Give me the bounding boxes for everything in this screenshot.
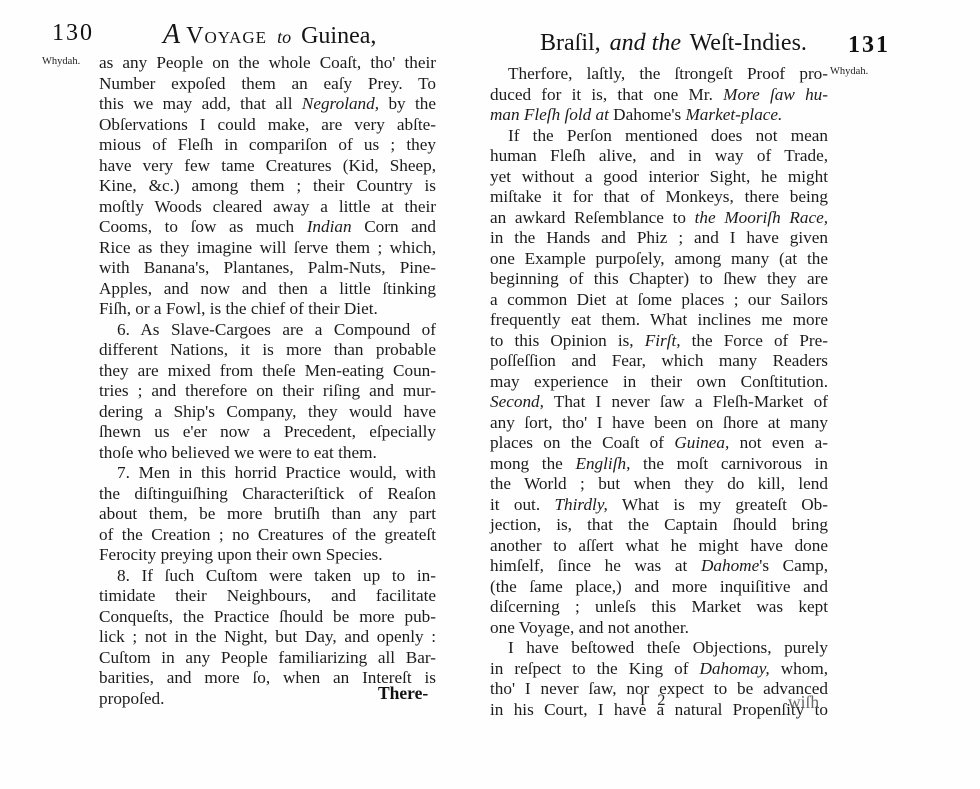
text-line: himſelf, ſince he was at Dahome's Camp, (490, 556, 828, 576)
text-line: different Nations, it is more than proba… (99, 340, 436, 360)
text-line: dering a Ship's Company, they would have (99, 402, 436, 422)
text-line: 6. As Slave-Cargoes are a Compound of (99, 320, 436, 340)
text-line: Therfore, laſtly, the ſtrongeſt Proof pr… (490, 64, 828, 84)
text-line: Kine, &c.) among them ; their Country is (99, 176, 436, 196)
catchword-right: wiſh (788, 692, 819, 713)
text-line: lick ; not in the Night, but Day, and op… (99, 627, 436, 647)
text-line: If the Perſon mentioned does not mean (490, 126, 828, 146)
margin-note-left: Whydah. (42, 56, 80, 67)
text-line: Cuſtom in any People familiarizing all B… (99, 648, 436, 668)
text-line: a common Diet at ſome places ; our Sailo… (490, 290, 828, 310)
text-line: beginning of this Chapter) to ſhew they … (490, 269, 828, 289)
text-line: poſſeſſion and Fear, which many Readers (490, 351, 828, 371)
text-line: Rice as they imagine will ſerve them ; w… (99, 238, 436, 258)
text-line: human Fleſh alive, and in way of Trade, (490, 146, 828, 166)
text-line: diſcerning ; unleſs this Market was kept (490, 597, 828, 617)
text-line: duced for it is, that one Mr. More ſaw h… (490, 85, 828, 105)
text-line: thoſe who believed we were to eat them. (99, 443, 436, 463)
text-line: mong the Engliſh, the moſt carnivorous i… (490, 454, 828, 474)
page-number-left: 130 (52, 20, 94, 47)
running-head-brasil: Braſil, (540, 30, 601, 56)
text-line: an awkard Reſemblance to the Mooriſh Rac… (490, 208, 828, 228)
running-head-west-indies: Weſt-Indies. (690, 30, 807, 56)
text-line: in reſpect to the King of Dahomay, whom, (490, 659, 828, 679)
text-line: to this Opinion is, Firſt, the Force of … (490, 331, 828, 351)
text-line: in the Hands and Phiz ; and I have given (490, 228, 828, 248)
text-line: have very few tame Creatures (Kid, Sheep… (99, 156, 436, 176)
text-line: I have beſtowed theſe Objections, purely (490, 638, 828, 658)
page-number-right: 131 (848, 32, 890, 59)
running-head-right: Braſil, and the Weſt-Indies. (540, 30, 807, 57)
text-line: may experience in their own Conſtitution… (490, 372, 828, 392)
text-line: they are mixed from theſe Men-eating Cou… (99, 361, 436, 381)
text-line: places on the Coaſt of Guinea, not even … (490, 433, 828, 453)
text-line: Fiſh, or a Fowl, is the chief of their D… (99, 299, 436, 319)
running-head-voyage: Voyage (186, 23, 267, 49)
running-head-guinea: Guinea, (301, 23, 376, 49)
catchword-left: There- (378, 683, 428, 704)
text-line: jection, is, that the Captain ſhould bri… (490, 515, 828, 535)
text-line: frequently eat them. What inclines me mo… (490, 310, 828, 330)
text-line: of the Creation ; no Creatures of the gr… (99, 525, 436, 545)
right-page: Braſil, and the Weſt-Indies. 131 Whydah.… (470, 0, 980, 789)
text-line: any ſort, tho' I have been on ſhore at m… (490, 413, 828, 433)
text-line: (the ſame place,) and more inquiſitive a… (490, 577, 828, 597)
text-line: one Example purpoſely, among many (at th… (490, 249, 828, 269)
text-line: 8. If ſuch Cuſtom were taken up to in- (99, 566, 436, 586)
text-line: one Voyage, and not another. (490, 618, 828, 638)
text-line: ſhewn us e'er now a Precedent, eſpeciall… (99, 422, 436, 442)
text-line: the diſtinguiſhing Characteriſtick of Re… (99, 484, 436, 504)
text-line: moſtly Woods cleared away a little at th… (99, 197, 436, 217)
text-line: Second, That I never ſaw a Fleſh-Market … (490, 392, 828, 412)
text-line: Apples, and now and then a little ſtinki… (99, 279, 436, 299)
signature-mark: I 2 (640, 692, 669, 710)
running-head-article: A (163, 19, 180, 50)
running-head-and-the: and the (610, 30, 681, 56)
text-line: about them, be more brutiſh than any par… (99, 504, 436, 524)
text-line: Cooms, to ſow as much Indian Corn and (99, 217, 436, 237)
text-line: tries ; and therefore on their riſing an… (99, 381, 436, 401)
margin-note-right: Whydah. (830, 66, 868, 77)
text-line: man Fleſh ſold at Dahome's Market-place. (490, 105, 828, 125)
book-spread: 130 A Voyage to Guinea, Whydah. as any P… (0, 0, 980, 789)
text-line: Number expoſed them an eaſy Prey. To (99, 74, 436, 94)
text-line: it out. Thirdly, What is my greateſt Ob- (490, 495, 828, 515)
italic-indian: Indian (307, 217, 352, 236)
running-head-left: A Voyage to Guinea, (163, 19, 376, 51)
text-line: mious of Fleſh in compariſon of us ; the… (99, 135, 436, 155)
text-line: Obſervations I could make, are very abſt… (99, 115, 436, 135)
text-line: the World ; but when they do kill, lend (490, 474, 828, 494)
running-head-to: to (277, 27, 291, 47)
text-line: 7. Men in this horrid Practice would, wi… (99, 463, 436, 483)
text-line: as any People on the whole Coaſt, tho' t… (99, 53, 436, 73)
text-line: with Banana's, Plantanes, Palm-Nuts, Pin… (99, 258, 436, 278)
text-line: timidate their Neighbours, and facilitat… (99, 586, 436, 606)
text-line: Conqueſts, the Practice ſhould be more p… (99, 607, 436, 627)
left-page: 130 A Voyage to Guinea, Whydah. as any P… (0, 0, 470, 789)
text-line: another to aſſert what he might have don… (490, 536, 828, 556)
text-line: Ferocity preying upon their own Species. (99, 545, 436, 565)
text-line: this we may add, that all Negroland, by … (99, 94, 436, 114)
text-line: miſtake it for that of Monkeys, there be… (490, 187, 828, 207)
text-line: yet without a good interior Sight, he mi… (490, 167, 828, 187)
italic-negroland: Negroland, (302, 94, 379, 113)
